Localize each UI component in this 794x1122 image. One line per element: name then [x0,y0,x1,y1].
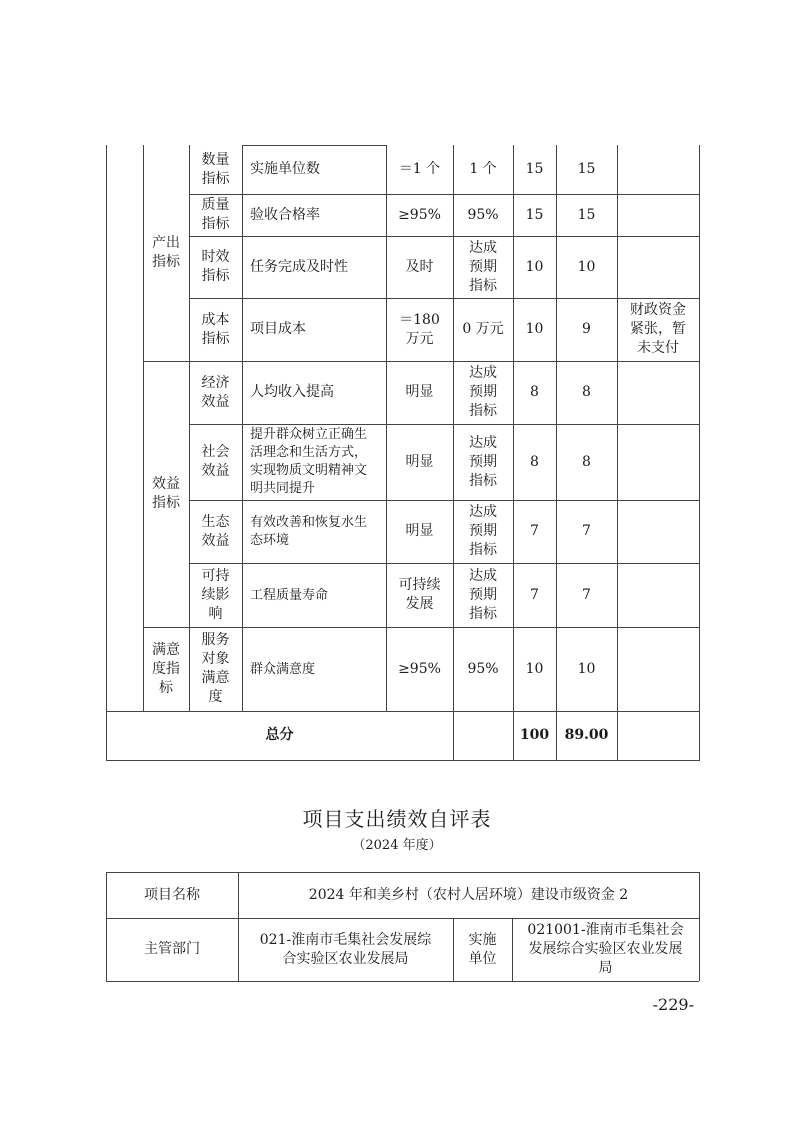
sub-indicator: 质量 指标 [189,194,242,236]
indicator: 工程质量寿命 [242,563,386,627]
form-year: （2024 年度） [0,834,794,853]
target-value: 可持续 发展 [386,563,453,627]
actual-value: 95% [453,194,513,236]
note [617,424,699,500]
table-border [106,981,699,982]
actual-value: 达成 预期 指标 [453,424,513,500]
actual-value: 达成 预期 指标 [453,563,513,627]
dept-value: 021-淮南市毛集社会发展综 合实验区农业发展局 [238,918,453,981]
note [617,194,699,236]
weight: 10 [513,298,556,361]
actual-value: 达成 预期 指标 [453,500,513,563]
weight: 15 [513,194,556,236]
weight: 8 [513,361,556,424]
impl-unit-label: 实施 单位 [453,918,512,981]
sub-indicator: 时效 指标 [189,236,242,298]
note [617,627,699,711]
group-output-indicators: 产出 指标 [143,145,189,361]
target-value: ≥95% [386,194,453,236]
weight: 10 [513,627,556,711]
target-value: 及时 [386,236,453,298]
indicator: 人均收入提高 [242,361,386,424]
actual-value: 95% [453,627,513,711]
form-title: 项目支出绩效自评表 [0,803,794,832]
table-border [699,872,700,981]
score: 8 [556,424,617,500]
note [617,500,699,563]
weight: 7 [513,500,556,563]
group-benefit-indicators: 效益 指标 [143,361,189,627]
impl-unit-value: 021001-淮南市毛集社会 发展综合实验区农业发展 局 [512,918,699,981]
target-value: 明显 [386,361,453,424]
score: 10 [556,627,617,711]
score: 15 [556,145,617,194]
note: 财政资金 紧张，暂 未支付 [617,298,699,361]
score: 7 [556,500,617,563]
weight: 10 [513,236,556,298]
indicator: 项目成本 [242,298,386,361]
sub-indicator: 数量 指标 [189,145,242,194]
weight: 7 [513,563,556,627]
sub-indicator: 可持 续影 响 [189,563,242,627]
sub-indicator: 生态 效益 [189,500,242,563]
target-value: ≥95% [386,627,453,711]
note [617,361,699,424]
note [617,145,699,194]
group-satisfaction-indicators: 满意 度指 标 [143,627,189,711]
project-name-label: 项目名称 [106,872,238,918]
score: 8 [556,361,617,424]
sub-indicator: 成本 指标 [189,298,242,361]
target-value: 明显 [386,500,453,563]
sub-indicator: 经济 效益 [189,361,242,424]
total-label: 总分 [106,711,453,760]
note [617,563,699,627]
target-value: 明显 [386,424,453,500]
indicator: 有效改善和恢复水生 态环境 [242,500,386,563]
indicator: 任务完成及时性 [242,236,386,298]
target-value: ＝180 万元 [386,298,453,361]
table-border [699,145,700,761]
score: 9 [556,298,617,361]
indicator: 验收合格率 [242,194,386,236]
score: 15 [556,194,617,236]
project-name-value: 2024 年和美乡村（农村人居环境）建设市级资金 2 [238,872,699,918]
table-border [106,145,107,761]
indicator: 提升群众树立正确生 活理念和生活方式， 实现物质文明精神文 明共同提升 [242,424,386,500]
note [617,236,699,298]
actual-value: 0 万元 [453,298,513,361]
target-value: ＝1 个 [386,145,453,194]
weight: 8 [513,424,556,500]
dept-label: 主管部门 [106,918,238,981]
sub-indicator: 服务 对象 满意 度 [189,627,242,711]
total-score: 89.00 [556,711,617,760]
weight: 15 [513,145,556,194]
sub-indicator: 社会 效益 [189,424,242,500]
actual-value: 达成 预期 指标 [453,236,513,298]
actual-value: 达成 预期 指标 [453,361,513,424]
table-border [106,760,699,761]
page-number: -229- [653,995,694,1014]
actual-value: 1 个 [453,145,513,194]
indicator: 群众满意度 [242,627,386,711]
indicator: 实施单位数 [242,145,386,194]
total-weight: 100 [513,711,556,760]
score: 10 [556,236,617,298]
score: 7 [556,563,617,627]
